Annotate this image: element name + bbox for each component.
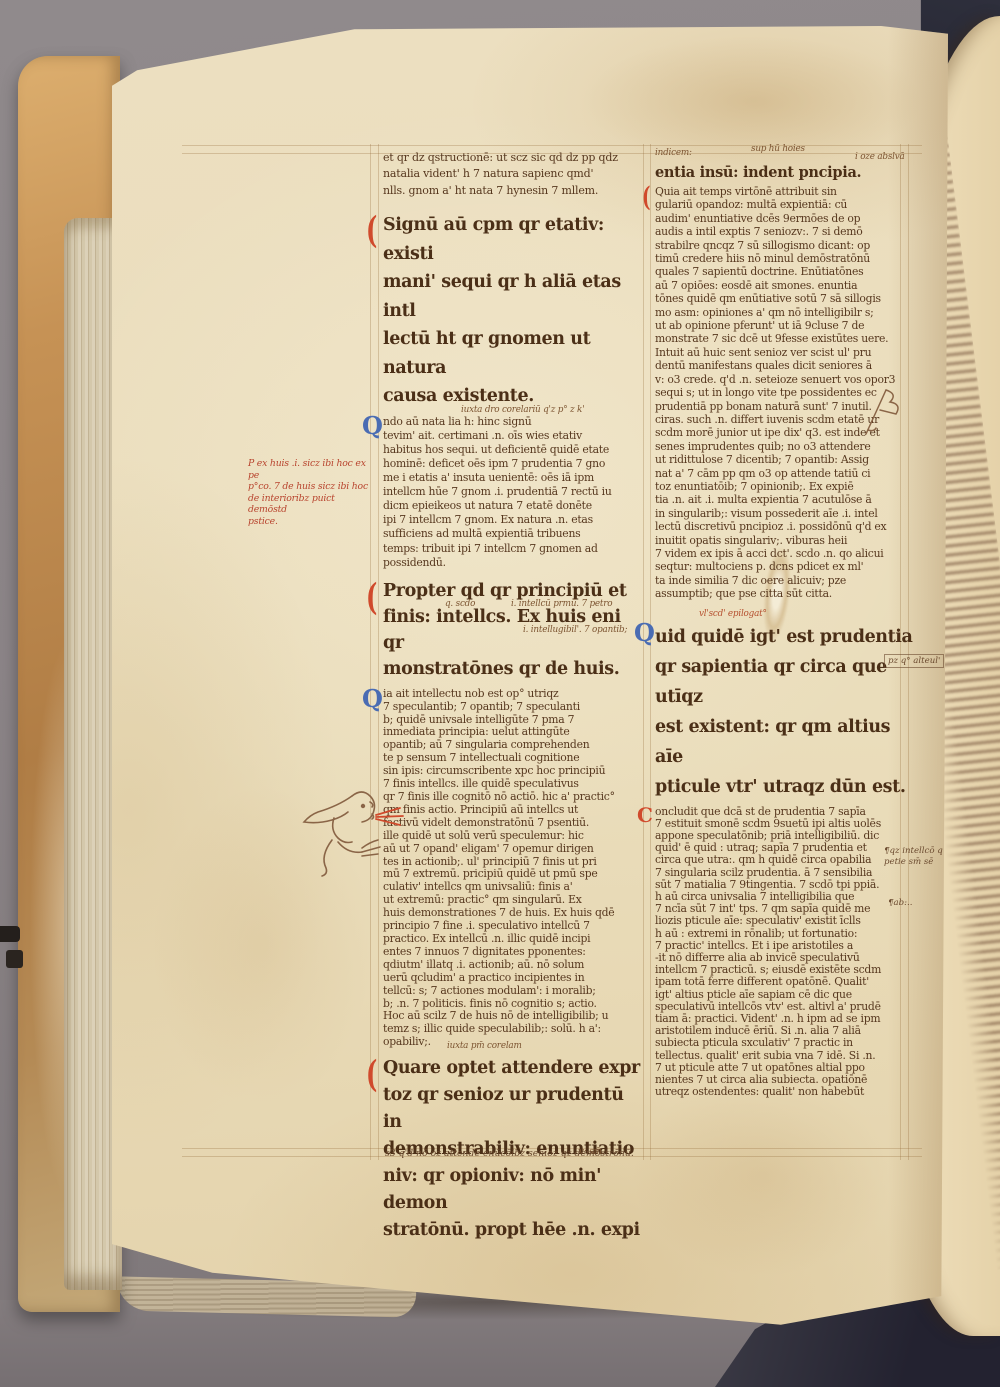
interlinear-gloss: i. intellugibil'. 7 opantib; [523,625,627,635]
opening-line: entia insū: indent pncipia. [655,164,913,181]
red-paraph-mark: ( [642,182,651,214]
interlinear-gloss: q. scdo [445,599,475,609]
block-concludit: C oncludit que dcā st de prudentia 7 sap… [655,806,913,1099]
right-margin-note: ¶qz intellcō q petie sm̄ sē [884,846,954,867]
manuscript-photo: { "palette":{"rubric":"#c84b2f","azure":… [0,0,1000,1387]
header-gloss: i oze abslvā [855,152,905,162]
interlinear-gloss: iuxta dro corelariū q'z p° z k' [461,405,584,415]
red-paraph-mark: ( [366,1052,377,1096]
right-text-column: indicem: sup hū hoies i oze abslvā entia… [655,146,913,1098]
section-propter: ( Propter qd qr principiū et finis: inte… [383,578,647,682]
hooded-figure-doodle-icon [274,784,406,882]
block-quando: Q ndo aū nata lia h: hinc signū tevim' a… [383,415,647,570]
block-quia-left: Q ia ait intellectu nob est op° utriqz 7… [383,688,647,1049]
blue-initial: Q [362,684,383,713]
manuscript-page: et qr dz qstructionē: ut scz sic qd dz p… [112,26,948,1326]
red-paraph-mark: ( [366,208,377,252]
right-margin-boxed-note: pz q° alteul' [884,654,944,668]
left-text-column: et qr dz qstructionē: ut scz sic qd dz p… [383,150,647,1244]
clasp-mark [0,926,20,942]
section-quid: Q uid quidē igt' est prudentia qr sapien… [655,622,913,802]
ruling-line [370,144,371,1160]
interlinear-gloss: iuxta pm̄ corelam [447,1041,522,1051]
red-gloss: vl'scd' epilogat° [699,609,767,619]
left-margin-red-note: P ex huis .i. sicz ibi hoc ex pe p°co. 7… [248,458,374,527]
red-paraph-mark: ( [366,575,377,619]
pennant-doodle-icon [856,380,904,438]
blue-initial: Q [362,411,383,440]
interlinear-gloss: i. intellcū prmū. 7 petro [511,599,612,609]
blue-initial: Q [634,618,655,647]
header-gloss: sup hū hoies [751,144,805,154]
right-margin-note: ¶ab:.. [888,898,912,909]
red-initial: C [637,803,653,827]
section-signum: ( Signū aū cpm qr etativ: existi mani' s… [383,211,647,411]
stain [632,1076,892,1276]
ruling-line [378,144,379,1160]
clasp-mark [6,950,23,968]
header-gloss-row: indicem: sup hū hoies i oze abslvā [655,146,913,164]
bottom-corrector-note: s3 q'd nō oz attendē enūcōibz senioz qz … [385,1148,634,1159]
ruling-line [650,144,651,1160]
header-gloss: indicem: [655,148,692,158]
opening-gloss-lines: et qr dz qstructionē: ut scz sic qd dz p… [383,150,647,199]
